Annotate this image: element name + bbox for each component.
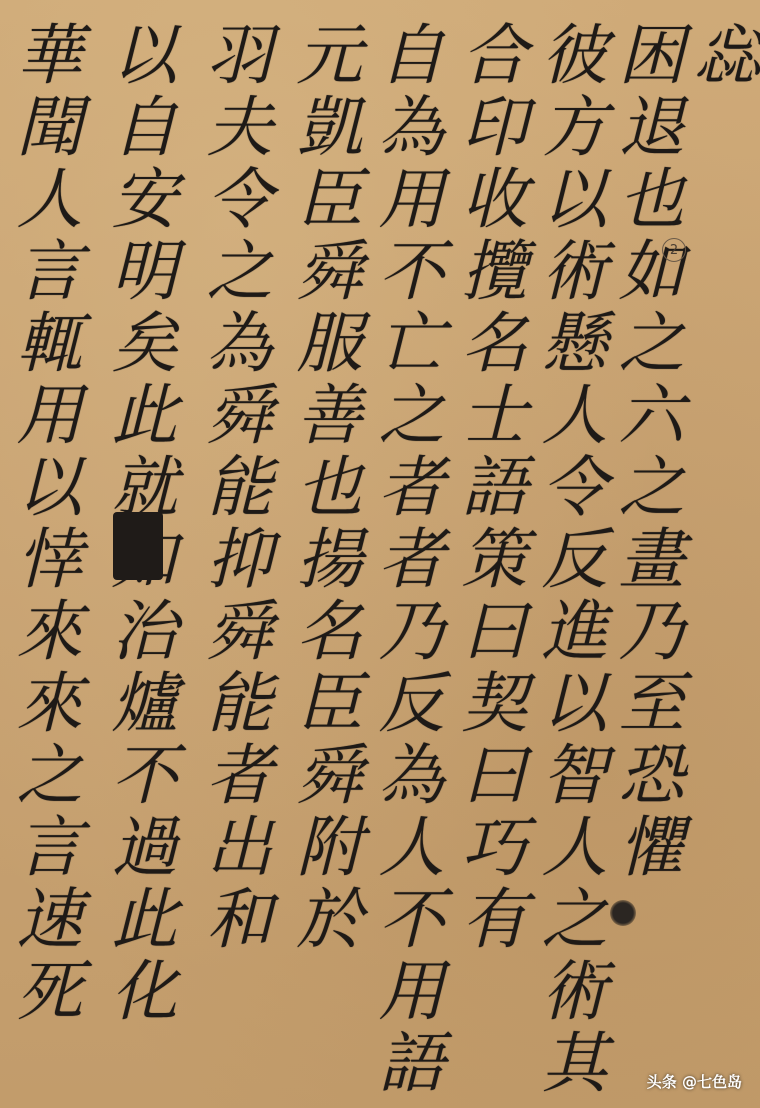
calligraphy-paper: 此大凡正當能瑠石見以行為而不嬳惢 困退也如之六之畫乃至恐懼 彼方以術懸人令反進以…: [0, 0, 760, 1108]
calligraphy-column: 合印收攬名士語策曰契曰巧有: [455, 20, 521, 956]
seal-stamp: [113, 512, 163, 580]
watermark: 头条 @七色岛: [647, 1071, 742, 1092]
calligraphy-column: 自為用不亡之者者乃反為人不用語: [372, 20, 438, 1100]
calligraphy-column: 困退也如之六之畫乃至恐懼: [612, 20, 678, 884]
calligraphy-column: 元凱臣舜服善也揚名臣舜附於: [290, 20, 356, 956]
calligraphy-column: 此大凡正當能瑠石見以行為而不嬳惢: [688, 20, 760, 1108]
calligraphy-column: 羽夫令之為舜能抑舜能者出和: [200, 20, 266, 956]
circled-number-mark: 2: [662, 238, 686, 262]
calligraphy-column: 彼方以術懸人令反進以智人之術其: [535, 20, 601, 1100]
calligraphy-column: 華聞人言輒用以悻來來之言速死: [10, 20, 76, 1028]
ink-blot: [610, 900, 636, 926]
